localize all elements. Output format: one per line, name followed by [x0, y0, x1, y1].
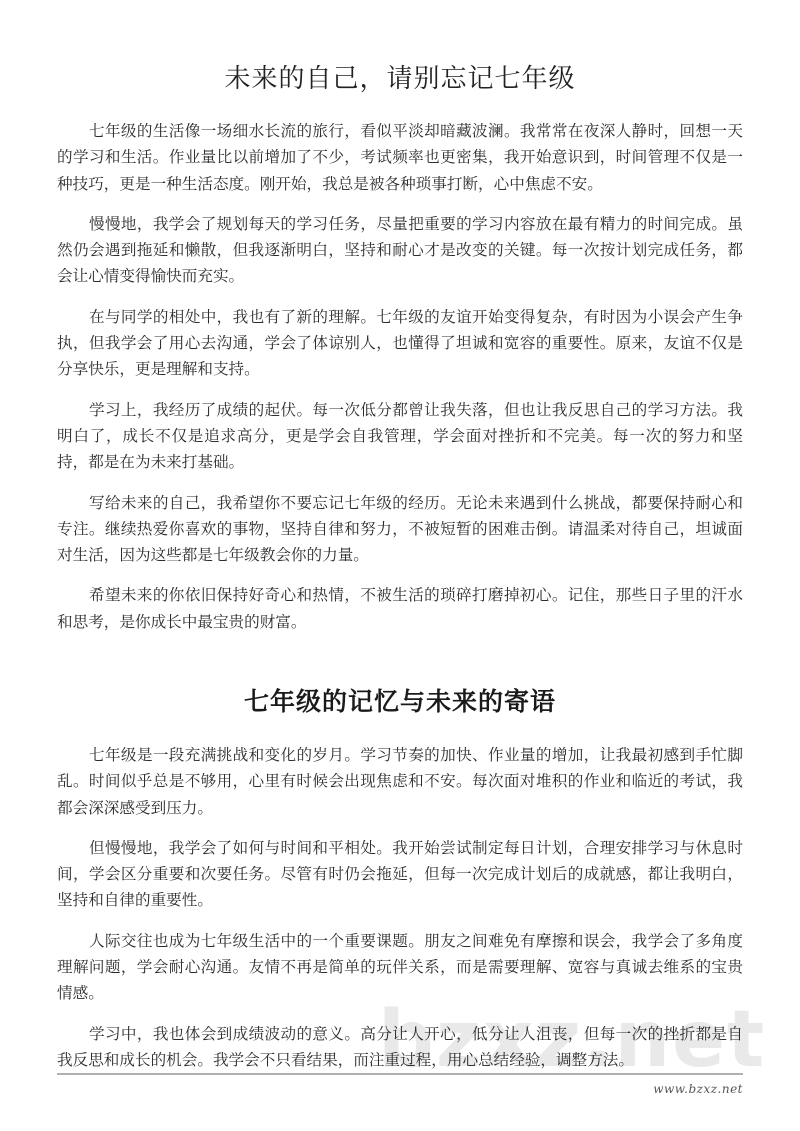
section-2-body: 七年级是一段充满挑战和变化的岁月。学习节奏的加快、作业量的增加，让我最初感到手忙…	[57, 742, 743, 1087]
section-title-1: 未来的自己，请别忘记七年级	[0, 58, 800, 95]
paragraph: 希望未来的你依旧保持好奇心和热情，不被生活的琐碎打磨掉初心。记住，那些日子里的汗…	[57, 582, 743, 635]
paragraph: 慢慢地，我学会了规划每天的学习任务，尽量把重要的学习内容放在最有精力的时间完成。…	[57, 211, 743, 290]
paragraph: 学习中，我也体会到成绩波动的意义。高分让人开心，低分让人沮丧，但每一次的挫折都是…	[57, 1021, 743, 1074]
paragraph: 人际交往也成为七年级生活中的一个重要课题。朋友之间难免有摩擦和误会，我学会了多角…	[57, 928, 743, 1007]
paragraph: 在与同学的相处中，我也有了新的理解。七年级的友谊开始变得复杂，有时因为小误会产生…	[57, 304, 743, 383]
document-page: bzxz.net 未来的自己，请别忘记七年级 七年级的生活像一场细水长流的旅行，…	[0, 0, 800, 1131]
paragraph: 写给未来的自己，我希望你不要忘记七年级的经历。无论未来遇到什么挑战，都要保持耐心…	[57, 490, 743, 569]
paragraph: 七年级是一段充满挑战和变化的岁月。学习节奏的加快、作业量的增加，让我最初感到手忙…	[57, 742, 743, 821]
section-title-2: 七年级的记忆与未来的寄语	[0, 682, 800, 718]
paragraph: 学习上，我经历了成绩的起伏。每一次低分都曾让我失落，但也让我反思自己的学习方法。…	[57, 397, 743, 476]
section-1-body: 七年级的生活像一场细水长流的旅行，看似平淡却暗藏波澜。我常常在夜深人静时，回想一…	[57, 118, 743, 649]
paragraph: 七年级的生活像一场细水长流的旅行，看似平淡却暗藏波澜。我常常在夜深人静时，回想一…	[57, 118, 743, 197]
paragraph: 但慢慢地，我学会了如何与时间和平相处。我开始尝试制定每日计划，合理安排学习与休息…	[57, 835, 743, 914]
